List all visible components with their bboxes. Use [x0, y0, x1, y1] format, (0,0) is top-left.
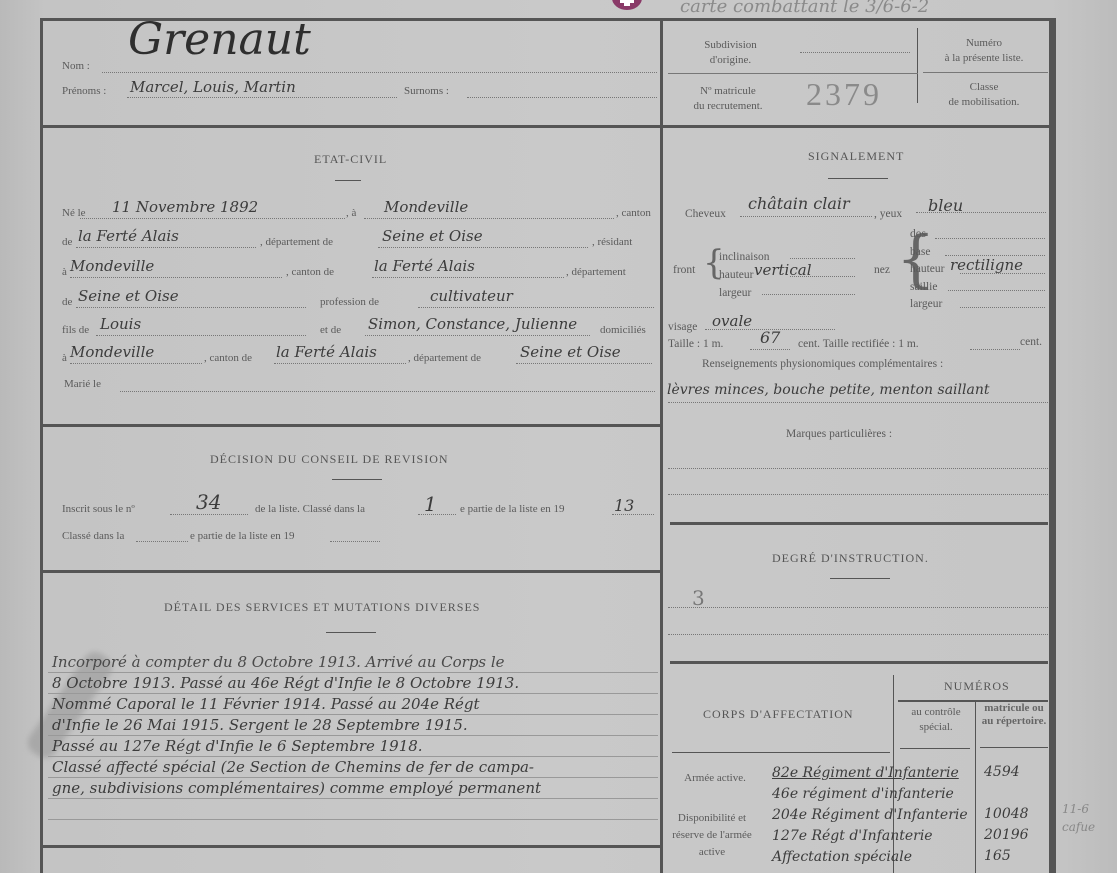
line: [612, 514, 654, 515]
mere-value: Simon, Constance, Julienne: [368, 315, 577, 333]
line: [668, 468, 1048, 469]
divider: [43, 845, 660, 848]
line: [378, 247, 588, 248]
cent-label: cent.: [1020, 336, 1042, 348]
line: [948, 290, 1045, 291]
matricule-label-1: Nº matricule: [678, 84, 778, 99]
canton-value: la Ferté Alais: [78, 227, 179, 245]
departement3-value: Seine et Oise: [520, 343, 621, 361]
service-line: Classé affecté spécial (2e Section de Ch…: [52, 757, 658, 778]
canton2-value: la Ferté Alais: [374, 257, 475, 275]
surnoms-line: [467, 97, 657, 98]
departement-value: Seine et Oise: [382, 227, 483, 245]
rule: [48, 693, 658, 694]
partie-value: 1: [424, 492, 437, 516]
marques-label: Marques particulières :: [786, 428, 892, 440]
line: [960, 307, 1045, 308]
line: [418, 514, 456, 515]
corps-row: 46e régiment d'infanterie: [772, 785, 968, 806]
departement-label: , département de: [260, 236, 333, 248]
matricule-value: 2379: [806, 76, 882, 113]
classe-label: Classé dans la: [62, 530, 124, 542]
visage-value: ovale: [712, 312, 752, 330]
nom-label: Nom :: [62, 60, 90, 72]
line: [668, 402, 1048, 403]
rule: [48, 672, 658, 673]
corps-value: 127e Régt d'Infanterie: [772, 828, 933, 844]
taille-rectifiee-label: cent. Taille rectifiée : 1 m.: [798, 338, 919, 350]
canton3-value: la Ferté Alais: [276, 343, 377, 361]
line: [170, 514, 248, 515]
divider: [923, 72, 1048, 73]
nez-item: hauteur: [910, 261, 944, 279]
line: [668, 634, 1048, 635]
title-dash: [335, 180, 361, 181]
services-title: DÉTAIL DES SERVICES ET MUTATIONS DIVERSE…: [164, 600, 480, 615]
pere-value: Louis: [100, 315, 141, 333]
departement2-value: Seine et Oise: [78, 287, 179, 305]
a-label: , à: [346, 207, 356, 219]
partie-label: e partie de la liste en 19: [190, 530, 294, 542]
nez-item: largeur: [910, 296, 944, 314]
divider: [43, 424, 660, 427]
residant-label: , résidant: [592, 236, 632, 248]
signalement-title: SIGNALEMENT: [808, 149, 904, 164]
corps-row: 127e Régt d'Infanterie 20196: [772, 827, 968, 848]
col-controle: au contrôle spécial.: [898, 705, 974, 735]
taille-value: 67: [760, 328, 780, 347]
line: [750, 349, 790, 350]
divider: [980, 747, 1048, 748]
taille-label: Taille : 1 m.: [668, 338, 723, 350]
line: [740, 216, 872, 217]
service-line: Nommé Caporal le 11 Février 1914. Passé …: [52, 694, 658, 715]
line: [418, 307, 654, 308]
line: [668, 607, 1048, 608]
corps-value: 82e Régiment d'Infanterie: [772, 765, 959, 781]
domicile-value: Mondeville: [70, 343, 154, 361]
title-dash: [830, 578, 890, 579]
visage-label: visage: [668, 321, 697, 333]
prenoms-line: [127, 97, 397, 98]
renseignements-label: Renseignements physionomiques complément…: [702, 358, 943, 370]
corps-title: CORPS D'AFFECTATION: [703, 707, 854, 722]
matricule-label: Nº matricule du recrutement.: [678, 84, 778, 114]
matricule-value: 10048: [984, 806, 1029, 822]
departement-label: , département de: [408, 352, 481, 364]
col-divider: [975, 700, 976, 873]
document-page: carte combattant le 3/6-6-2 Grenaut Nom …: [0, 0, 1117, 873]
surnoms-label: Surnoms :: [404, 85, 449, 97]
service-line: Incorporé à compter du 8 Octobre 1913. A…: [52, 652, 658, 673]
nez-hauteur-value: rectiligne: [950, 256, 1023, 274]
numero-label: Numéro à la présente liste.: [925, 36, 1043, 66]
nez-item: base: [910, 244, 944, 262]
title-dash: [828, 178, 888, 179]
divider: [668, 73, 918, 74]
col-matricule: matricule ou au répertoire.: [978, 702, 1050, 728]
marie-label: Marié le: [64, 378, 101, 390]
plus-badge-icon[interactable]: [612, 0, 642, 10]
line: [120, 391, 655, 392]
line: [330, 541, 380, 542]
classe-label: Classe de mobilisation.: [925, 80, 1043, 110]
de-la-liste-label: de la liste. Classé dans la: [255, 503, 365, 515]
line: [70, 363, 202, 364]
profession-value: cultivateur: [430, 287, 513, 305]
rule: [48, 798, 658, 799]
divider: [672, 752, 890, 753]
fils-label: fils de: [62, 324, 89, 336]
classe-label-2: de mobilisation.: [925, 95, 1043, 110]
de-label: de: [62, 236, 72, 248]
numero-label-2: à la présente liste.: [925, 51, 1043, 66]
a-label: à: [62, 352, 67, 364]
line: [516, 363, 652, 364]
profession-label: profession de: [320, 296, 379, 308]
prenoms-label: Prénoms :: [62, 85, 106, 97]
line: [76, 247, 256, 248]
et-de-label: et de: [320, 324, 341, 336]
corps-row: Affectation spéciale 165: [772, 848, 968, 869]
nom-value: Grenaut: [128, 14, 311, 65]
domicilies-label: domiciliés: [600, 324, 646, 336]
service-line: 8 Octobre 1913. Passé au 46e Régt d'Infi…: [52, 673, 658, 694]
divider: [900, 748, 970, 749]
matricule-value: 165: [984, 848, 1011, 864]
a-label: à: [62, 266, 67, 278]
line: [372, 277, 564, 278]
lieu-naissance-value: Mondeville: [384, 198, 468, 216]
nom-line: [102, 72, 657, 73]
corps-value: Affectation spéciale: [772, 849, 912, 865]
line: [80, 218, 345, 219]
line: [365, 335, 590, 336]
cheveux-label: Cheveux: [685, 208, 726, 220]
inscrit-label: Inscrit sous le nº: [62, 503, 135, 515]
margin-note: 11-6 cafue: [1062, 800, 1102, 836]
line: [70, 277, 282, 278]
corps-row: 82e Régiment d'Infanterie 4594: [772, 764, 968, 785]
cheveux-value: châtain clair: [748, 194, 850, 213]
service-line: Passé au 127e Régt d'Infie le 6 Septembr…: [52, 736, 658, 757]
center-divider: [660, 18, 663, 873]
service-line: d'Infie le 26 Mai 1915. Sergent le 28 Se…: [52, 715, 658, 736]
corps-row: 204e Régiment d'Infanterie 10048: [772, 806, 968, 827]
top-note: carte combattant le 3/6-6-2: [680, 0, 929, 17]
divider: [43, 570, 660, 573]
subdivision-label: Subdivision d'origine.: [683, 38, 778, 68]
divider: [670, 661, 1048, 664]
decision-title: DÉCISION DU CONSEIL DE REVISION: [210, 452, 449, 467]
renseignements-value: lèvres minces, bouche petite, menton sai…: [667, 382, 989, 398]
line: [916, 212, 1046, 213]
line: [274, 363, 406, 364]
line: [364, 218, 614, 219]
canton-label: , canton de: [286, 266, 334, 278]
subdivision-label-2: d'origine.: [683, 53, 778, 68]
nez-item: saillie: [910, 279, 944, 297]
line: [76, 307, 306, 308]
numero-label-1: Numéro: [925, 36, 1043, 51]
matricule-value: 4594: [984, 764, 1020, 780]
line: [945, 255, 1045, 256]
line: [935, 238, 1045, 239]
matricule-value: 20196: [984, 827, 1029, 843]
rule: [48, 777, 658, 778]
line: [960, 273, 1045, 274]
armee-active-label: Armée active.: [680, 770, 750, 787]
line: [762, 294, 855, 295]
right-border: [1052, 18, 1056, 873]
divider: [670, 522, 1048, 525]
title-dash: [326, 632, 376, 633]
instruction-title: DEGRÉ D'INSTRUCTION.: [772, 551, 929, 566]
service-line: gne, subdivisions complémentaires) comme…: [52, 778, 658, 799]
nez-items: dos base hauteur saillie largeur: [910, 226, 944, 314]
subdivision-label-1: Subdivision: [683, 38, 778, 53]
classe-label-1: Classe: [925, 80, 1043, 95]
ne-le-value: 11 Novembre 1892: [112, 198, 258, 216]
corps-value: 46e régiment d'infanterie: [772, 786, 954, 802]
title-dash: [332, 479, 382, 480]
line: [136, 541, 188, 542]
corps-rows: 82e Régiment d'Infanterie 4594 46e régim…: [772, 764, 968, 869]
header-divider: [917, 28, 918, 103]
canton-label: , canton de: [204, 352, 252, 364]
line: [96, 335, 306, 336]
line: [790, 258, 855, 259]
divider: [43, 125, 660, 128]
rule: [48, 756, 658, 757]
divider: [663, 125, 1052, 128]
nez-label: nez: [874, 264, 890, 276]
residence-value: Mondeville: [70, 257, 154, 275]
line: [790, 276, 855, 277]
annee-value: 13: [614, 496, 634, 515]
matricule-label-2: du recrutement.: [678, 99, 778, 114]
line: [668, 494, 1048, 495]
front-label: front: [673, 264, 695, 276]
subdivision-line: [800, 52, 910, 53]
de-label: de: [62, 296, 72, 308]
corps-value: 204e Régiment d'Infanterie: [772, 807, 968, 823]
canton-label: , canton: [616, 207, 651, 219]
nez-item: dos: [910, 226, 944, 244]
numeros-title: NUMÉROS: [944, 679, 1010, 694]
inscrit-value: 34: [196, 490, 221, 514]
rule: [48, 819, 658, 820]
rule: [48, 735, 658, 736]
etat-civil-title: ETAT-CIVIL: [314, 152, 387, 167]
partie-label: e partie de la liste en 19: [460, 503, 564, 515]
disponibilite-label: Disponibilité et réserve de l'armée acti…: [672, 810, 752, 861]
departement-label: , département: [566, 266, 626, 278]
prenoms-value: Marcel, Louis, Martin: [130, 78, 296, 96]
front-item: largeur: [719, 284, 769, 302]
yeux-label: , yeux: [874, 208, 902, 220]
line: [970, 349, 1020, 350]
rule: [48, 714, 658, 715]
